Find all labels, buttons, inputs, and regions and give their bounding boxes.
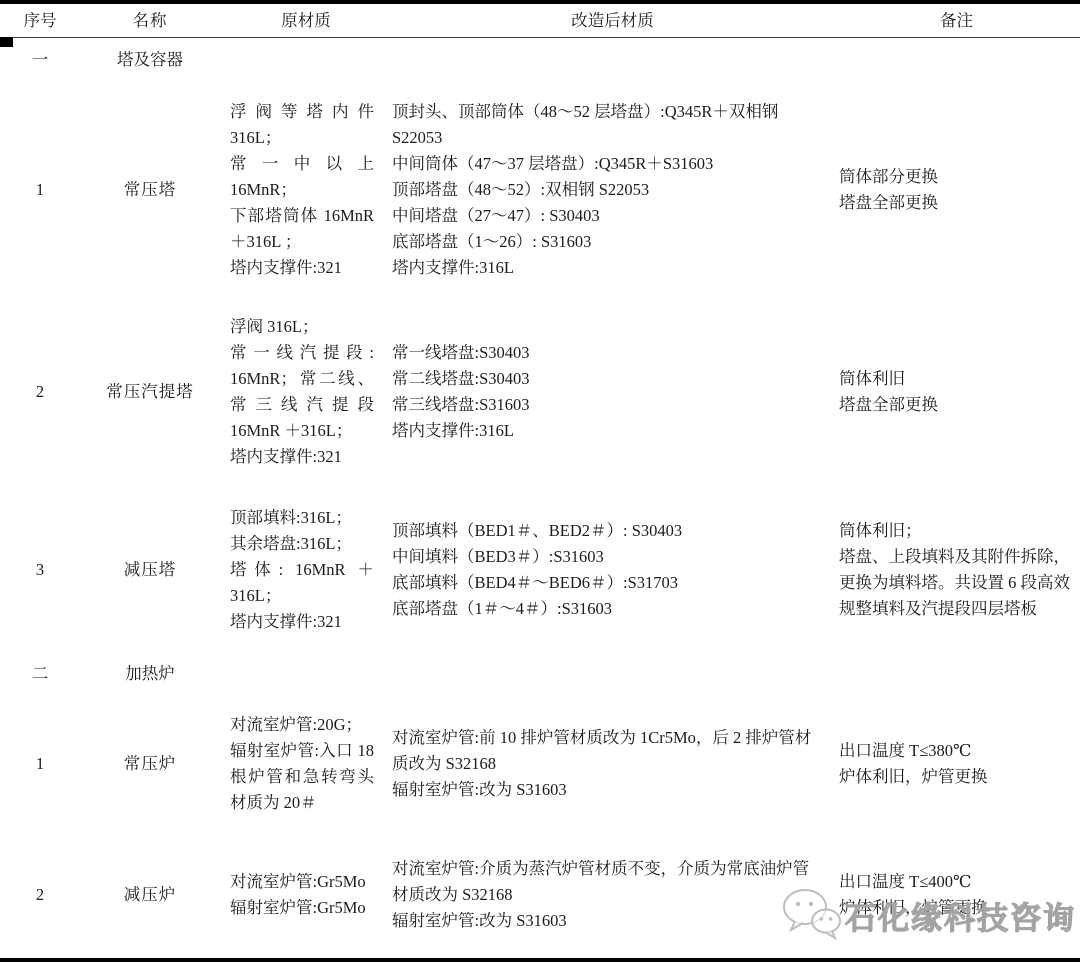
row-remarks: 出口温度 T≤400℃炉体利旧，炉管更换: [833, 869, 1080, 921]
row-name: 常压炉: [80, 751, 220, 777]
row-after-material: 顶部填料（BED1＃、BED2＃）: S30403中间填料（BED3＃）:S31…: [392, 518, 833, 622]
row-after-material: 对流室炉管:前 10 排炉管材质改为 1Cr5Mo，后 2 排炉管材质改为 S3…: [392, 725, 833, 803]
row-no: 2: [0, 882, 80, 908]
row-after-material: 对流室炉管:介质为蒸汽炉管材质不变，介质为常底油炉管材质改为 S32168辐射室…: [392, 856, 833, 934]
row-remarks: 筒体利旧；塔盘、上段填料及其附件拆除，更换为填料塔。共设置 6 段高效规整填料及…: [833, 518, 1080, 622]
row-remarks: 筒体部分更换塔盘全部更换: [833, 164, 1080, 216]
section-name: 加热炉: [80, 661, 220, 687]
table-row-atmospheric-stripper: 2 常压汽提塔 浮阀 316L；常一线汽提段: 16MnR；常二线、常三线汽提段…: [0, 297, 1080, 487]
row-original-material: 顶部填料:316L；其余塔盘:316L；塔体: 16MnR ＋316L；塔内支撑…: [220, 505, 392, 635]
row-name: 常压汽提塔: [80, 379, 220, 405]
scan-artifact-mark: [0, 37, 13, 47]
column-header-original-material: 原材质: [220, 8, 392, 34]
table-row-atmospheric-furnace: 1 常压炉 对流室炉管:20G；辐射室炉管:入口 18 根炉管和急转弯头材质为 …: [0, 696, 1080, 831]
column-header-after-material: 改造后材质: [392, 8, 833, 34]
row-no: 2: [0, 379, 80, 405]
materials-table: 序号 名称 原材质 改造后材质 备注 一 塔及容器 1 常压塔 浮阀等塔内件 3…: [0, 0, 1080, 962]
row-no: 3: [0, 557, 80, 583]
row-original-material: 对流室炉管:Gr5Mo辐射室炉管:Gr5Mo: [220, 869, 392, 921]
row-remarks: 筒体利旧塔盘全部更换: [833, 366, 1080, 418]
table-header-row: 序号 名称 原材质 改造后材质 备注: [0, 4, 1080, 38]
row-name: 常压塔: [80, 177, 220, 203]
row-original-material: 对流室炉管:20G；辐射室炉管:入口 18 根炉管和急转弯头材质为 20＃: [220, 712, 392, 816]
section-no: 二: [0, 661, 80, 687]
row-no: 1: [0, 751, 80, 777]
table-row-vacuum-furnace: 2 减压炉 对流室炉管:Gr5Mo辐射室炉管:Gr5Mo 对流室炉管:介质为蒸汽…: [0, 831, 1080, 958]
column-header-remarks: 备注: [833, 8, 1080, 34]
section-no: 一: [0, 47, 80, 73]
row-remarks: 出口温度 T≤380℃炉体利旧，炉管更换: [833, 738, 1080, 790]
section-name: 塔及容器: [80, 47, 220, 73]
section-row-furnaces: 二 加热炉: [0, 652, 1080, 696]
column-header-name: 名称: [80, 8, 220, 34]
row-after-material: 常一线塔盘:S30403常二线塔盘:S30403常三线塔盘:S31603塔内支撑…: [392, 340, 833, 444]
row-name: 减压塔: [80, 557, 220, 583]
table-row-atmospheric-tower: 1 常压塔 浮阀等塔内件 316L；常一中以上 16MnR；下部塔筒体 16Mn…: [0, 82, 1080, 297]
row-original-material: 浮阀等塔内件 316L；常一中以上 16MnR；下部塔筒体 16MnR ＋316…: [220, 99, 392, 281]
table-row-vacuum-tower: 3 减压塔 顶部填料:316L；其余塔盘:316L；塔体: 16MnR ＋316…: [0, 487, 1080, 652]
row-name: 减压炉: [80, 882, 220, 908]
row-after-material: 顶封头、顶部筒体（48～52 层塔盘）:Q345R＋双相钢 S22053中间筒体…: [392, 99, 833, 281]
section-row-towers: 一 塔及容器: [0, 38, 1080, 82]
row-no: 1: [0, 177, 80, 203]
column-header-no: 序号: [0, 8, 80, 34]
row-original-material: 浮阀 316L；常一线汽提段: 16MnR；常二线、常三线汽提段 16MnR ＋…: [220, 314, 392, 470]
